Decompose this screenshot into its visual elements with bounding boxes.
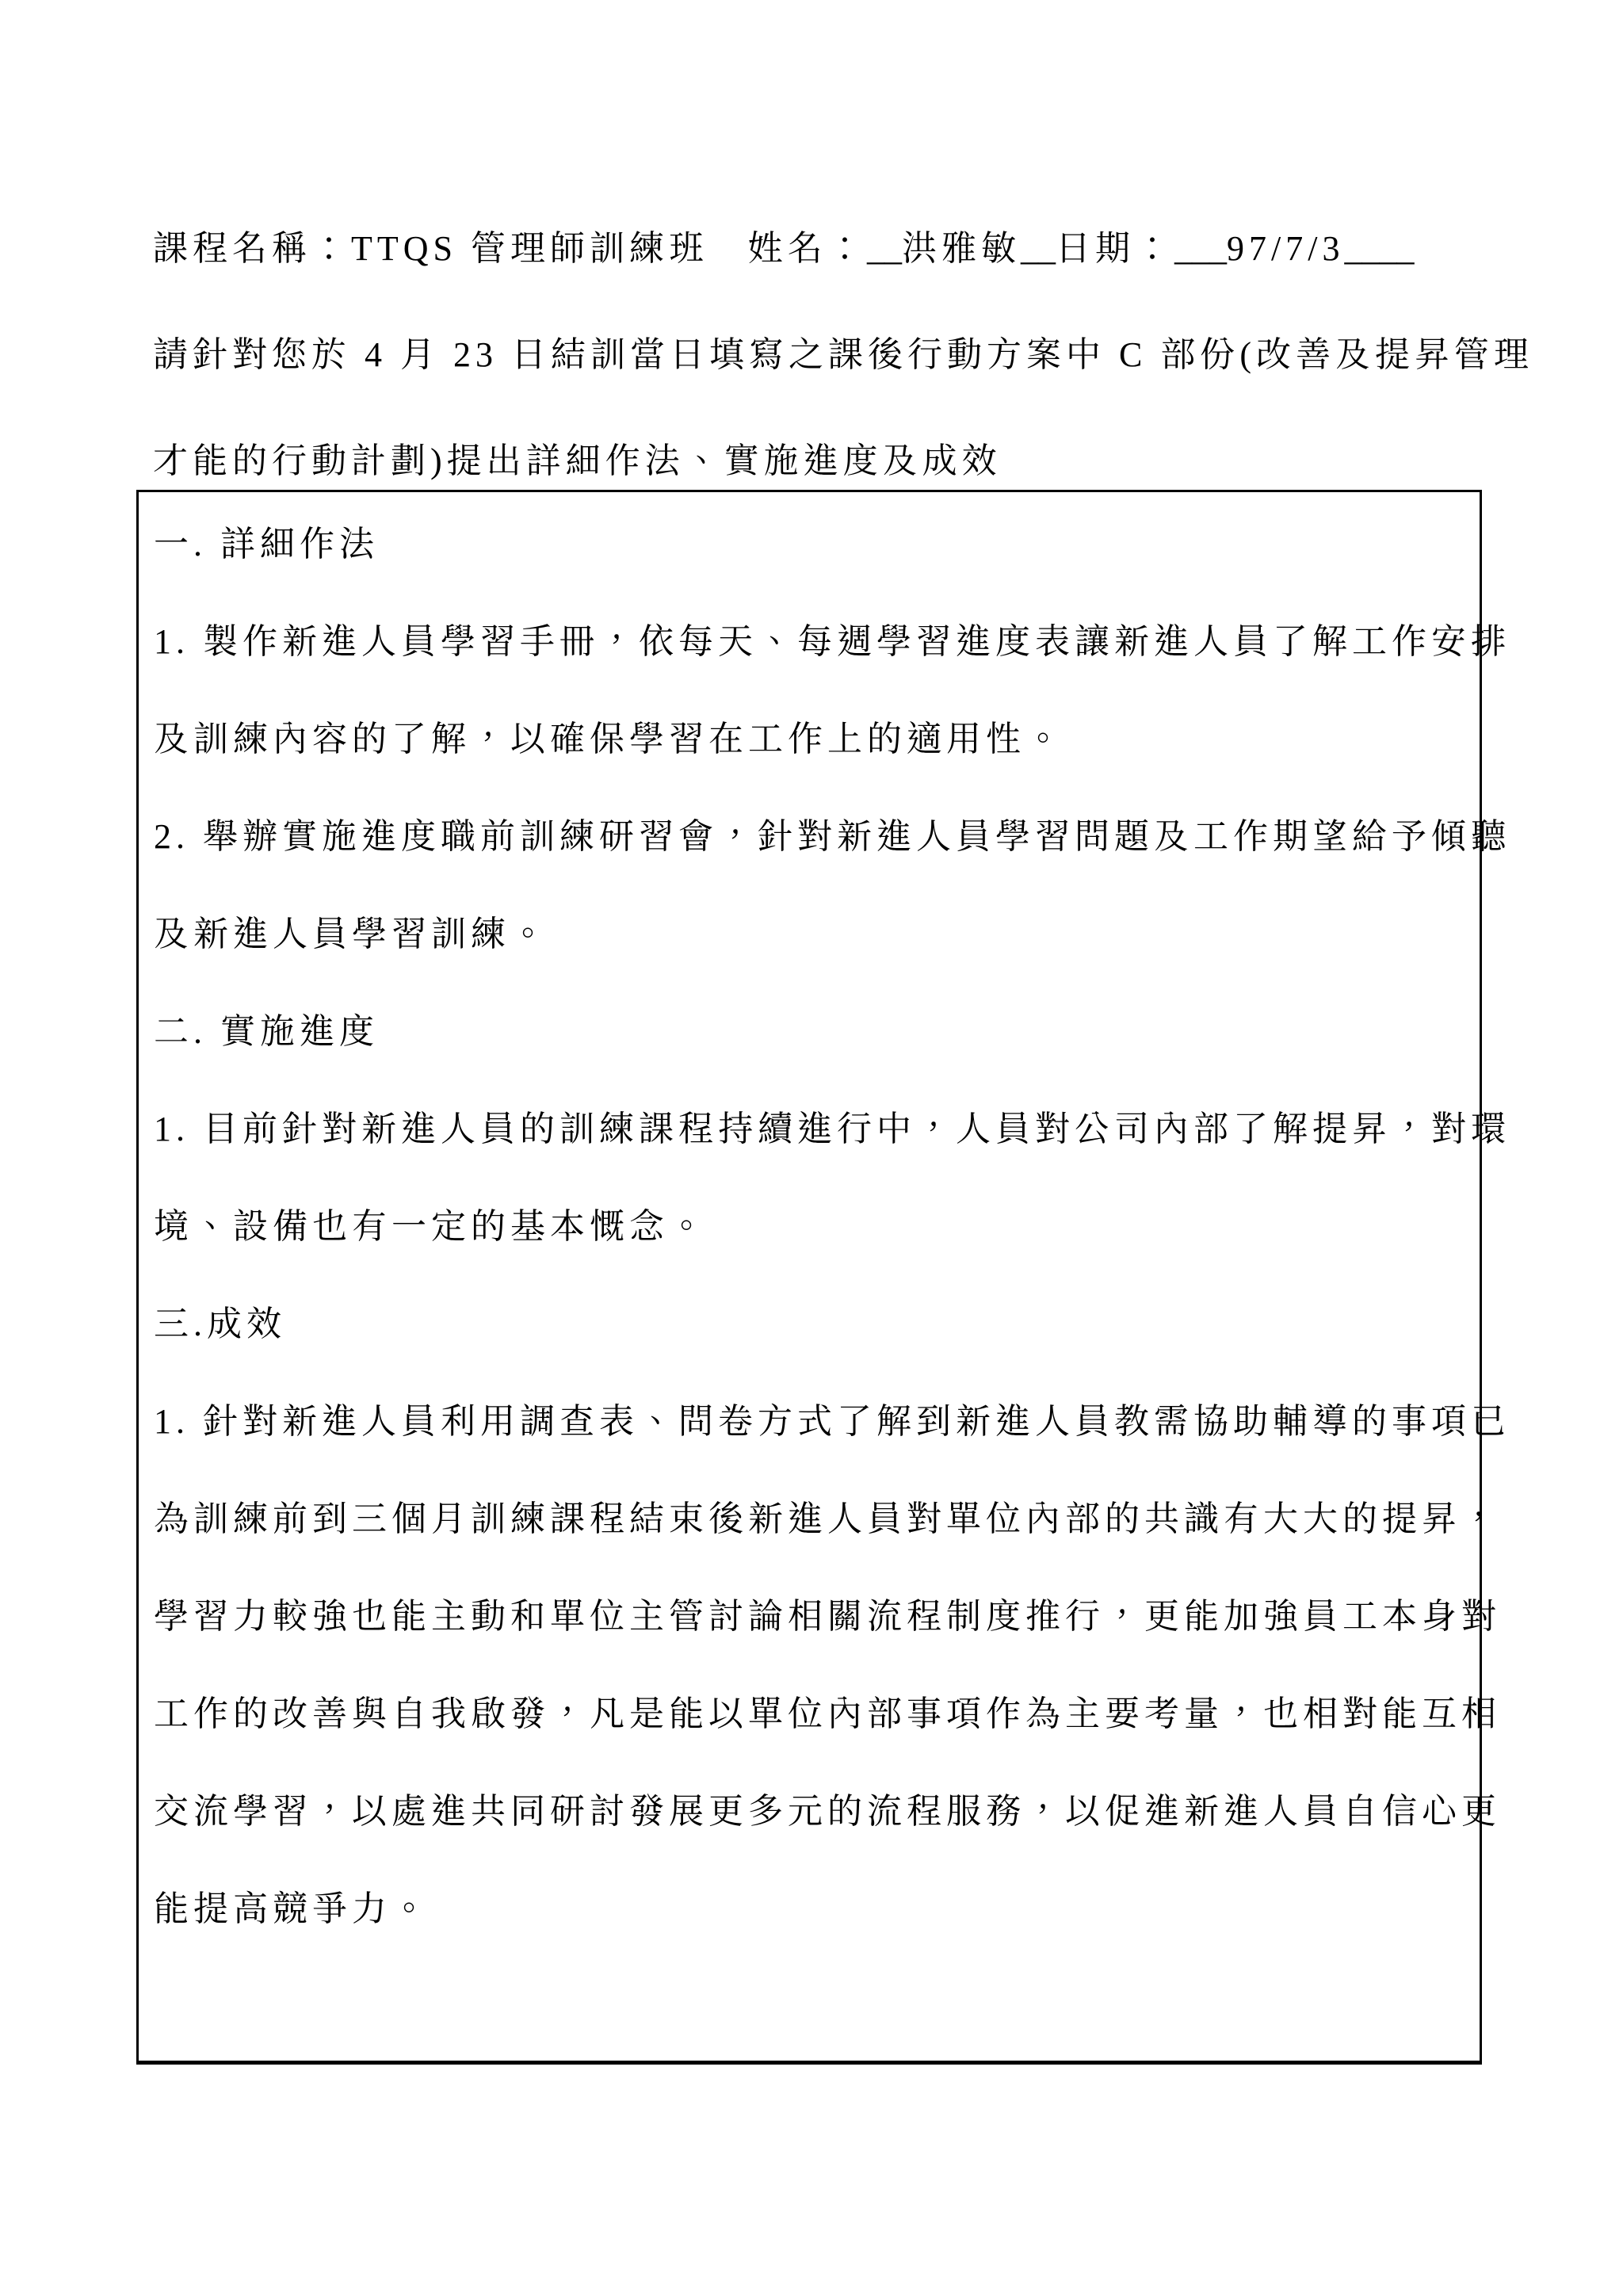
detailed-methods-item-1-line-1: 1. 製作新進人員學習手冊，依每天、每週學習進度表讓新進人員了解工作安排 — [154, 593, 1468, 690]
implementation-progress-item-1-line-1: 1. 目前針對新進人員的訓練課程持續進行中，人員對公司內部了解提昇，對環 — [154, 1080, 1468, 1178]
document-page: 課程名稱：TTQS 管理師訓練班 姓名：__洪雅敏__日期：___97/7/3_… — [0, 0, 1623, 2296]
date-underline-left: ___ — [1174, 229, 1227, 268]
results-item-1-line-1: 1. 針對新進人員利用調查表、問卷方式了解到新進人員教需協助輔導的事項已 — [154, 1373, 1468, 1470]
section-heading-results: 三.成效 — [154, 1275, 1468, 1373]
detailed-methods-item-1-line-2: 及訓練內容的了解，以確保學習在工作上的適用性。 — [154, 690, 1468, 788]
results-item-1-line-5: 交流學習，以處進共同研討發展更多元的流程服務，以促進新進人員自信心更 — [154, 1763, 1468, 1860]
answer-box: 一. 詳細作法 1. 製作新進人員學習手冊，依每天、每週學習進度表讓新進人員了解… — [136, 490, 1482, 2065]
section-heading-detailed-methods: 一. 詳細作法 — [154, 495, 1468, 593]
name-underline-right: __ — [1021, 229, 1056, 268]
name-underline-left: __ — [867, 229, 902, 268]
results-item-1-line-3: 學習力較強也能主動和單位主管討論相關流程制度推行，更能加強員工本身對 — [154, 1568, 1468, 1665]
detailed-methods-item-2-line-1: 2. 舉辦實施進度職前訓練研習會，針對新進人員學習問題及工作期望給予傾聽 — [154, 788, 1468, 885]
name-value: 洪雅敏 — [902, 229, 1021, 268]
date-value: 97/7/3 — [1227, 229, 1344, 268]
results-item-1-line-4: 工作的改善與自我啟發，凡是能以單位內部事項作為主要考量，也相對能互相 — [154, 1665, 1468, 1763]
results-item-1-line-2: 為訓練前到三個月訓練課程結束後新進人員對單位內部的共識有大大的提昇， — [154, 1470, 1468, 1568]
date-label: 日期： — [1056, 229, 1174, 268]
course-value: TTQS 管理師訓練班 — [351, 229, 708, 268]
name-label: 姓名： — [748, 229, 867, 268]
course-label: 課程名稱： — [153, 229, 351, 268]
document-top-block: 課程名稱：TTQS 管理師訓練班 姓名：__洪雅敏__日期：___97/7/3_… — [153, 196, 1500, 514]
instruction-line-1: 請針對您於 4 月 23 日結訓當日填寫之課後行動方案中 C 部份(改善及提昇管… — [153, 302, 1500, 408]
implementation-progress-item-1-line-2: 境、設備也有一定的基本慨念。 — [154, 1178, 1468, 1275]
header-gap — [708, 229, 748, 268]
results-item-1-line-6: 能提高競爭力。 — [154, 1860, 1468, 1958]
date-underline-right: ____ — [1344, 229, 1414, 268]
detailed-methods-item-2-line-2: 及新進人員學習訓練。 — [154, 885, 1468, 983]
course-header-line: 課程名稱：TTQS 管理師訓練班 姓名：__洪雅敏__日期：___97/7/3_… — [153, 196, 1500, 302]
section-heading-implementation-progress: 二. 實施進度 — [154, 983, 1468, 1080]
